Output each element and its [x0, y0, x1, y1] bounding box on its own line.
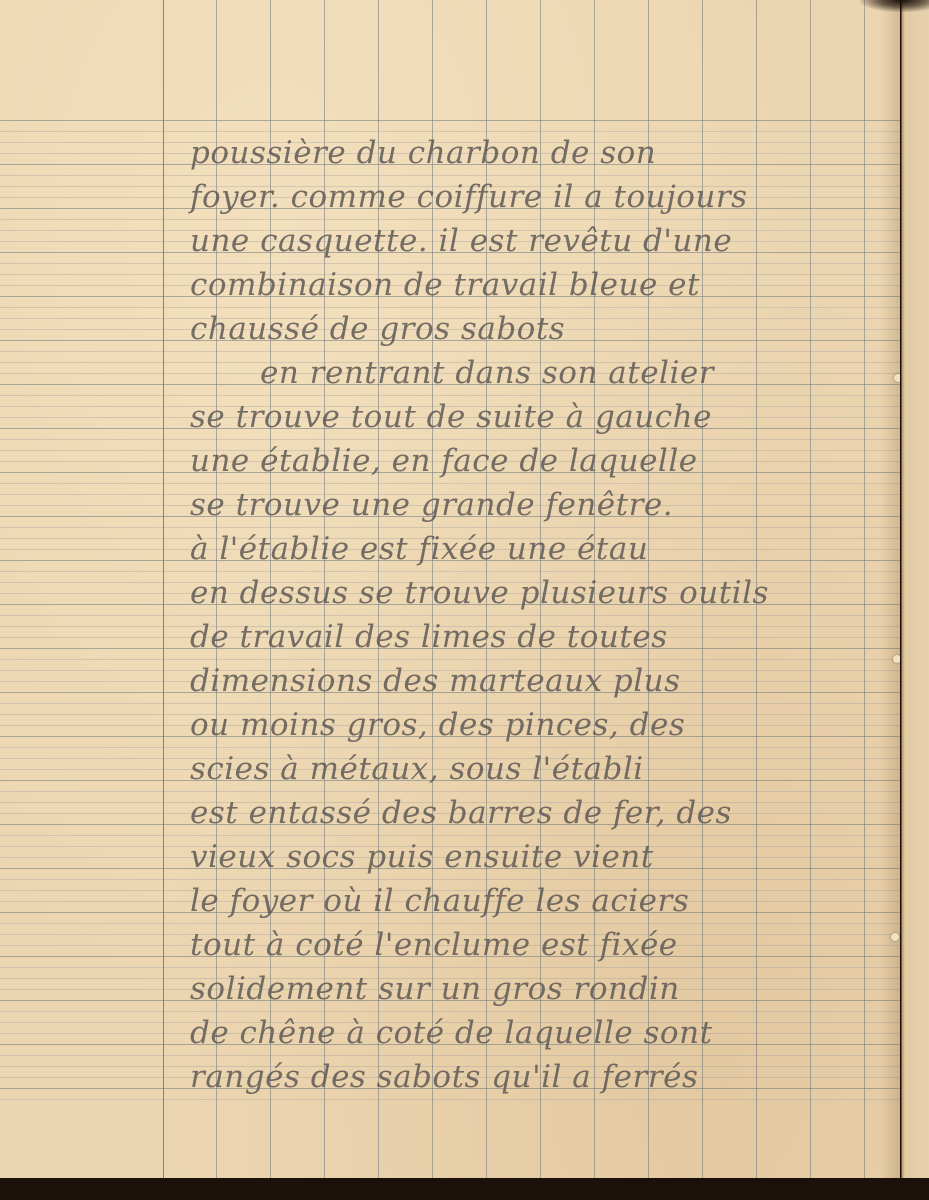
stitch-hole [891, 933, 899, 941]
text-line: se trouve une grande fenêtre. [190, 483, 890, 527]
text-line: poussière du charbon de son [190, 131, 890, 175]
notebook-page: poussière du charbon de son foyer. comme… [0, 0, 900, 1178]
text-line: à l'établie est fixée une étau [190, 527, 890, 571]
text-line: ou moins gros, des pinces, des [190, 703, 890, 747]
handwritten-text: poussière du charbon de son foyer. comme… [190, 131, 890, 1099]
text-line: une casquette. il est revêtu d'une [190, 219, 890, 263]
text-line: combinaison de travail bleue et [190, 263, 890, 307]
text-line: une établie, en face de laquelle [190, 439, 890, 483]
text-line: chaussé de gros sabots [190, 307, 890, 351]
text-line: est entassé des barres de fer, des [190, 791, 890, 835]
text-line: tout à coté l'enclume est fixée [190, 923, 890, 967]
text-line: dimensions des marteaux plus [190, 659, 890, 703]
corner-shadow [860, 0, 929, 12]
text-line: en dessus se trouve plusieurs outils [190, 571, 890, 615]
text-line: scies à métaux, sous l'établi [190, 747, 890, 791]
text-line: solidement sur un gros rondin [190, 967, 890, 1011]
text-line: rangés des sabots qu'il a ferrés [190, 1055, 890, 1099]
text-line-paragraph-start: en rentrant dans son atelier [190, 351, 890, 395]
text-line: de chêne à coté de laquelle sont [190, 1011, 890, 1055]
scan-bottom-border [0, 1178, 929, 1200]
text-line: de travail des limes de toutes [190, 615, 890, 659]
next-page-edge [901, 0, 929, 1178]
text-line: vieux socs puis ensuite vient [190, 835, 890, 879]
red-margin-line [163, 0, 164, 1178]
text-line: foyer. comme coiffure il a toujours [190, 175, 890, 219]
stitch-hole [894, 374, 900, 382]
stitch-hole [893, 655, 900, 663]
scanned-notebook-page: poussière du charbon de son foyer. comme… [0, 0, 929, 1200]
text-line: le foyer où il chauffe les aciers [190, 879, 890, 923]
text-line: se trouve tout de suite à gauche [190, 395, 890, 439]
